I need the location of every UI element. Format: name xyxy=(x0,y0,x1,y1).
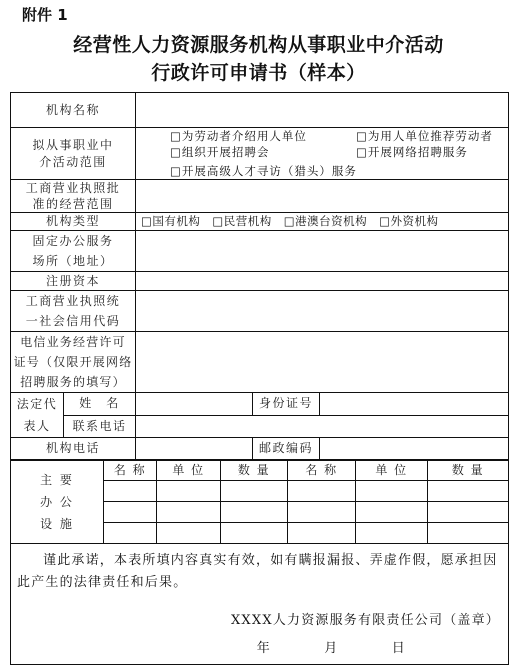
legal-rep-label-line2: 表人 xyxy=(11,415,63,437)
legal-rep-name-field[interactable] xyxy=(136,393,253,416)
signatory: XXXX人力资源服务有限责任公司（盖章） xyxy=(17,610,502,632)
org-type-hk-macao-taiwan[interactable]: □港澳台资机构 xyxy=(284,214,367,228)
org-type-foreign[interactable]: □外资机构 xyxy=(379,214,438,228)
credit-code-label: 工商营业执照统 一社会信用代码 xyxy=(11,291,136,332)
org-phone-field[interactable] xyxy=(136,438,253,460)
row-scope: 拟从事职业中 介活动范围 □为劳动者介绍用人单位 □为用人单位推荐劳动者 □组织… xyxy=(11,128,509,180)
facility-cell[interactable] xyxy=(104,481,157,502)
facilities-header-qty-2: 数 量 xyxy=(428,461,509,481)
signature-date: 年 月 日 xyxy=(17,638,502,660)
telecom-license-label-line2: 证号（仅限开展网络 xyxy=(11,352,135,372)
row-capital: 注册资本 xyxy=(11,272,509,291)
capital-label: 注册资本 xyxy=(11,272,136,291)
facilities-header-unit-2: 单 位 xyxy=(356,461,428,481)
row-telecom-license: 电信业务经营许可 证号（仅限开展网络 招聘服务的填写） xyxy=(11,332,509,393)
facility-cell[interactable] xyxy=(157,502,221,523)
facility-cell[interactable] xyxy=(221,523,288,544)
address-label-line2: 场所（地址） xyxy=(11,251,135,271)
address-field[interactable] xyxy=(136,231,509,272)
facilities-table: 主 要 办 公 设 施 名 称 单 位 数 量 名 称 单 位 数 量 xyxy=(10,460,509,665)
row-pledge: 谨此承诺，本表所填内容真实有效，如有瞒报漏报、弄虚作假，愿承担因此产生的法律责任… xyxy=(11,544,509,665)
facilities-label-line3: 设 施 xyxy=(11,513,103,535)
date-year: 年 xyxy=(257,641,271,656)
facility-cell[interactable] xyxy=(221,502,288,523)
org-type-options: □国有机构□民营机构□港澳台资机构□外资机构 xyxy=(136,213,509,231)
postcode-label: 邮政编码 xyxy=(253,438,320,460)
credit-code-label-line2: 一社会信用代码 xyxy=(11,311,135,331)
row-org-phone: 机构电话 邮政编码 xyxy=(11,438,509,460)
scope-option-headhunting[interactable]: □开展高级人才寻访（猎头）服务 xyxy=(170,163,357,179)
date-month: 月 xyxy=(324,641,338,656)
business-scope-field[interactable] xyxy=(136,180,509,213)
legal-rep-phone-field[interactable] xyxy=(136,415,509,438)
facilities-label-line1: 主 要 xyxy=(11,469,103,491)
row-legal-rep-name: 法定代 表人 姓 名 身份证号 xyxy=(11,393,509,416)
org-type-private[interactable]: □民营机构 xyxy=(212,214,271,228)
facility-cell[interactable] xyxy=(104,502,157,523)
facility-cell[interactable] xyxy=(288,523,356,544)
business-scope-label-line1: 工商营业执照批 xyxy=(11,180,135,196)
application-form-table: 机构名称 拟从事职业中 介活动范围 □为劳动者介绍用人单位 □为用人单位推荐劳动… xyxy=(10,92,509,460)
scope-option-job-fair[interactable]: □组织开展招聘会 xyxy=(170,144,356,160)
row-org-type: 机构类型 □国有机构□民营机构□港澳台资机构□外资机构 xyxy=(11,213,509,231)
scope-label-line2: 介活动范围 xyxy=(11,154,135,171)
facilities-header-unit-1: 单 位 xyxy=(157,461,221,481)
row-address: 固定办公服务 场所（地址） xyxy=(11,231,509,272)
facility-cell[interactable] xyxy=(288,481,356,502)
facilities-header-row: 主 要 办 公 设 施 名 称 单 位 数 量 名 称 单 位 数 量 xyxy=(11,461,509,481)
facilities-header-qty-1: 数 量 xyxy=(221,461,288,481)
scope-options: □为劳动者介绍用人单位 □为用人单位推荐劳动者 □组织开展招聘会 □开展网络招聘… xyxy=(136,128,509,180)
credit-code-field[interactable] xyxy=(136,291,509,332)
document-subtitle: 行政许可申请书（样本） xyxy=(0,58,517,85)
pledge-text: 谨此承诺，本表所填内容真实有效，如有瞒报漏报、弄虚作假，愿承担因此产生的法律责任… xyxy=(17,550,502,594)
attachment-label: 附件 1 xyxy=(22,4,68,25)
facilities-label-line2: 办 公 xyxy=(11,491,103,513)
row-org-name: 机构名称 xyxy=(11,93,509,128)
org-name-field[interactable] xyxy=(136,93,509,128)
telecom-license-field[interactable] xyxy=(136,332,509,393)
org-phone-label: 机构电话 xyxy=(11,438,136,460)
org-name-label: 机构名称 xyxy=(11,93,136,128)
facility-cell[interactable] xyxy=(288,502,356,523)
row-legal-rep-phone: 联系电话 xyxy=(11,415,509,438)
row-credit-code: 工商营业执照统 一社会信用代码 xyxy=(11,291,509,332)
telecom-license-label: 电信业务经营许可 证号（仅限开展网络 招聘服务的填写） xyxy=(11,332,136,393)
legal-rep-label-line1: 法定代 xyxy=(11,393,63,415)
legal-rep-label: 法定代 表人 xyxy=(11,393,64,438)
scope-option-introduce-employer[interactable]: □为劳动者介绍用人单位 xyxy=(170,128,356,144)
business-scope-label: 工商营业执照批 准的经营范围 xyxy=(11,180,136,213)
org-type-state-owned[interactable]: □国有机构 xyxy=(141,214,200,228)
facilities-label: 主 要 办 公 设 施 xyxy=(11,461,104,544)
scope-option-online-recruiting[interactable]: □开展网络招聘服务 xyxy=(356,144,468,160)
business-scope-label-line2: 准的经营范围 xyxy=(11,196,135,212)
address-label-line1: 固定办公服务 xyxy=(11,231,135,251)
telecom-license-label-line1: 电信业务经营许可 xyxy=(11,332,135,352)
credit-code-label-line1: 工商营业执照统 xyxy=(11,291,135,311)
facility-cell[interactable] xyxy=(104,523,157,544)
legal-rep-phone-label: 联系电话 xyxy=(64,415,136,438)
date-day: 日 xyxy=(392,641,406,656)
row-business-scope: 工商营业执照批 准的经营范围 xyxy=(11,180,509,213)
scope-label-line1: 拟从事职业中 xyxy=(11,137,135,154)
facility-cell[interactable] xyxy=(428,502,509,523)
postcode-field[interactable] xyxy=(320,438,509,460)
facility-cell[interactable] xyxy=(356,523,428,544)
telecom-license-label-line3: 招聘服务的填写） xyxy=(11,372,135,392)
pledge-section: 谨此承诺，本表所填内容真实有效，如有瞒报漏报、弄虚作假，愿承担因此产生的法律责任… xyxy=(11,544,509,665)
facility-cell[interactable] xyxy=(356,481,428,502)
facility-cell[interactable] xyxy=(157,523,221,544)
facility-cell[interactable] xyxy=(356,502,428,523)
scope-label: 拟从事职业中 介活动范围 xyxy=(11,128,136,180)
facilities-header-name-2: 名 称 xyxy=(288,461,356,481)
id-number-label: 身份证号 xyxy=(253,393,320,416)
org-type-label: 机构类型 xyxy=(11,213,136,231)
legal-rep-name-label: 姓 名 xyxy=(64,393,136,416)
capital-field[interactable] xyxy=(136,272,509,291)
facility-cell[interactable] xyxy=(157,481,221,502)
scope-option-recommend-worker[interactable]: □为用人单位推荐劳动者 xyxy=(356,128,493,144)
facility-cell[interactable] xyxy=(428,481,509,502)
address-label: 固定办公服务 场所（地址） xyxy=(11,231,136,272)
facility-cell[interactable] xyxy=(428,523,509,544)
facility-cell[interactable] xyxy=(221,481,288,502)
document-title: 经营性人力资源服务机构从事职业中介活动 xyxy=(0,30,517,57)
facilities-header-name-1: 名 称 xyxy=(104,461,157,481)
id-number-field[interactable] xyxy=(320,393,509,416)
